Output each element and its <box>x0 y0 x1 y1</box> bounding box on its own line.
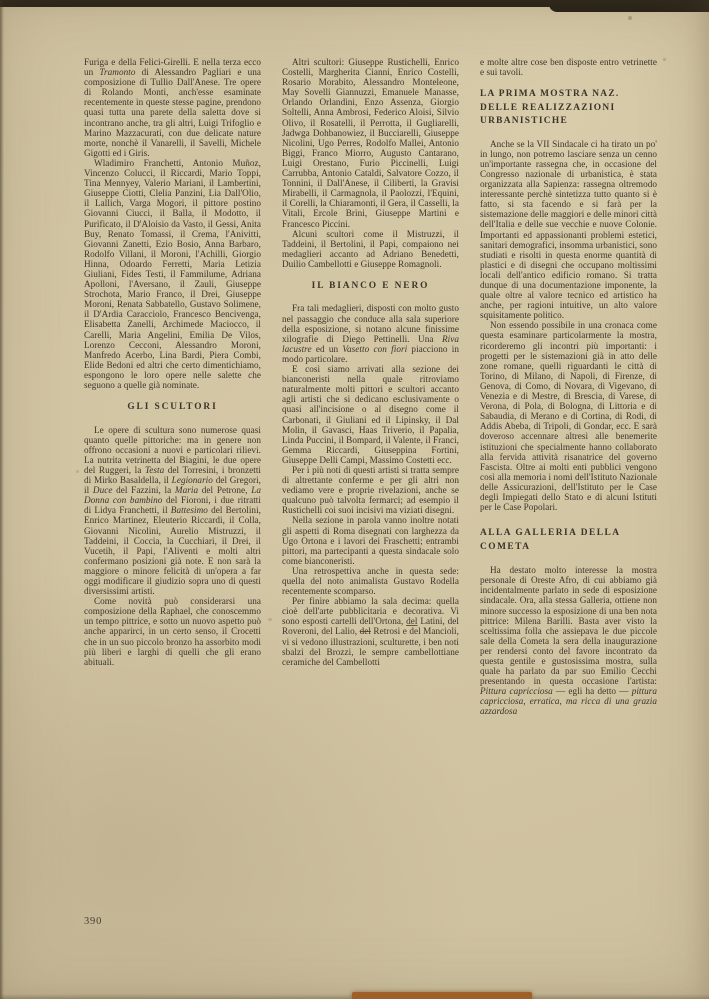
paper-stain <box>663 58 666 61</box>
heading-gli-scultori: GLI SCULTORI <box>84 401 261 415</box>
paragraph-retrospective: Una retrospettiva anche in questa sede: … <box>282 566 459 596</box>
paragraph-sindacale-sapienza: Anche se la VII Sindacale ci ha tirato u… <box>480 139 657 321</box>
column-left: Furiga e della Felici-Girelli. E nella t… <box>84 57 261 667</box>
paragraph-milena-barilli: Ha destato molto interesse la mostra per… <box>480 565 657 716</box>
scanned-magazine-page: Furiga e della Felici-Girelli. E nella t… <box>0 0 709 999</box>
paper-stain <box>76 470 79 473</box>
paragraph-sculptors-works: Le opere di scultura sono numerose quasi… <box>84 425 261 597</box>
column-center: Altri scultori: Giuseppe Rustichelli, En… <box>282 57 459 667</box>
paragraph-sala-decima: Per finire abbiamo la sala decima: quell… <box>282 596 459 667</box>
paragraph-raphael-crocetti: Come novità può considerarsi una composi… <box>84 596 261 667</box>
paragraph-painters-list: Wladimiro Franchetti, Antonio Muñoz, Vin… <box>84 158 261 390</box>
paragraph-painters-continuation: Furiga e della Felici-Girelli. E nella t… <box>84 57 261 158</box>
paragraph-showcases-continuation: e molte altre cose ben disposte entro ve… <box>480 57 657 77</box>
paper-stain <box>628 16 632 20</box>
page-number: 390 <box>84 916 102 927</box>
scan-edge-bottom-strip <box>352 992 532 999</box>
paragraph-other-sculptors: Altri scultori: Giuseppe Rustichelli, En… <box>282 57 459 229</box>
heading-il-bianco-e-nero: IL BIANCO E NERO <box>282 280 459 294</box>
heading-prima-mostra-urbanistica: LA PRIMA MOSTRA NAZ. DELLE REALIZZAZIONI… <box>480 88 657 129</box>
paragraph-roma-drawings: Nella sezione in parola vanno inoltre no… <box>282 515 459 565</box>
paragraph-xylographies: Fra tali medaglieri, disposti con molto … <box>282 303 459 364</box>
paragraph-confirmations: Per i più noti di questi artisti si trat… <box>282 465 459 515</box>
paper-stain <box>268 618 272 621</box>
paragraph-bianconeristi: E così siamo arrivati alla sezione dei b… <box>282 364 459 465</box>
paragraph-city-projects: Non essendo possibile in una cronaca com… <box>480 320 657 512</box>
heading-galleria-cometa: ALLA GALLERIA DELLA COMETA <box>480 527 657 554</box>
scan-edge-left <box>0 0 4 999</box>
paragraph-medal-makers: Alcuni scultori come il Mistruzzi, il Ta… <box>282 229 459 269</box>
scan-edge-top-right <box>549 0 709 12</box>
column-right: e molte altre cose ben disposte entro ve… <box>480 57 657 717</box>
